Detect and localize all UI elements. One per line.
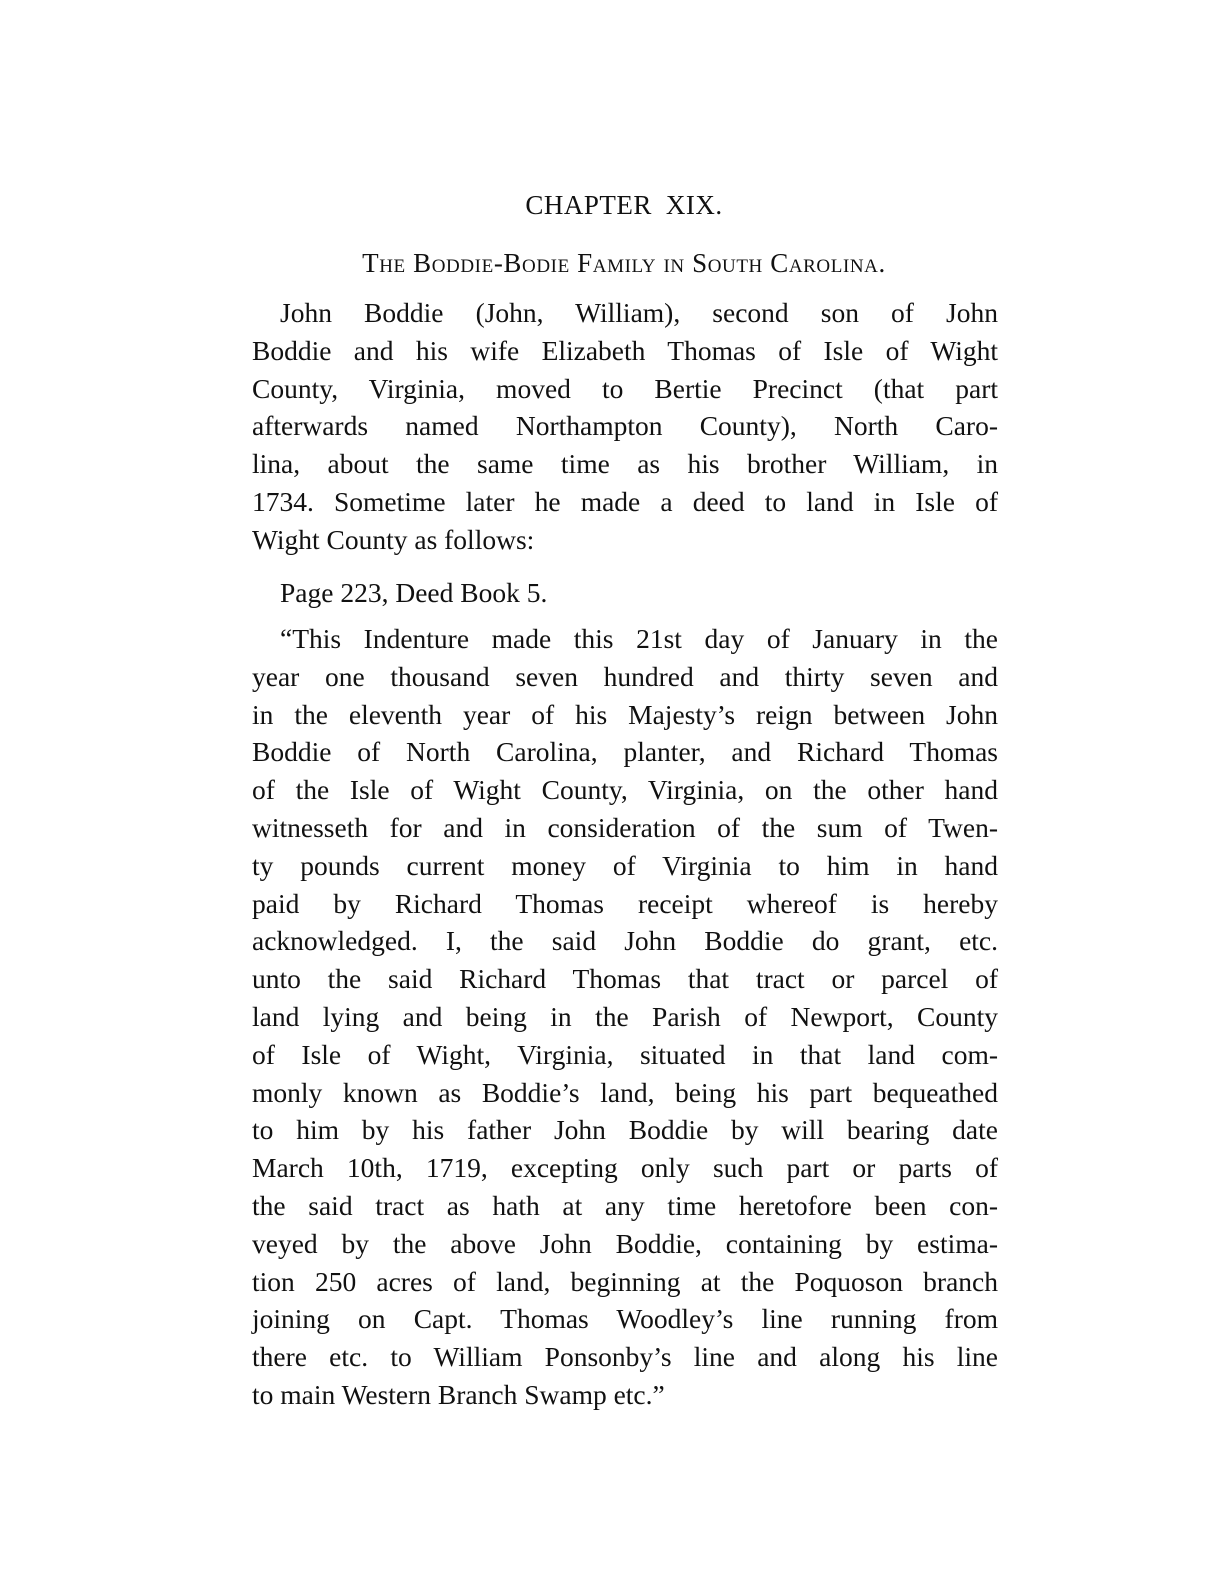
text-line: afterwards named Northampton County), No… bbox=[252, 407, 998, 445]
text-line: John Boddie (John, William), second son … bbox=[252, 294, 998, 332]
text-line: joining on Capt. Thomas Woodley’s line r… bbox=[252, 1300, 998, 1338]
section-title: The Boddie-Bodie Family in South Carolin… bbox=[250, 246, 998, 280]
text-line: of the Isle of Wight County, Virginia, o… bbox=[252, 771, 998, 809]
text-line: Boddie of North Carolina, planter, and R… bbox=[252, 733, 998, 771]
text-line: acknowledged. I, the said John Boddie do… bbox=[252, 922, 998, 960]
text-line: Boddie and his wife Elizabeth Thomas of … bbox=[252, 332, 998, 370]
text-line: veyed by the above John Boddie, containi… bbox=[252, 1225, 998, 1263]
text-line: unto the said Richard Thomas that tract … bbox=[252, 960, 998, 998]
chapter-heading: CHAPTERXIX. bbox=[250, 188, 998, 222]
text-line: to main Western Branch Swamp etc.” bbox=[252, 1376, 998, 1414]
text-line: 1734. Sometime later he made a deed to l… bbox=[252, 483, 998, 521]
text-line: “This Indenture made this 21st day of Ja… bbox=[252, 620, 998, 658]
text-line: March 10th, 1719, excepting only such pa… bbox=[252, 1149, 998, 1187]
text-line: of Isle of Wight, Virginia, situated in … bbox=[252, 1036, 998, 1074]
deed-quotation: “This Indenture made this 21st day of Ja… bbox=[252, 620, 998, 1414]
text-line: the said tract as hath at any time heret… bbox=[252, 1187, 998, 1225]
text-line: lina, about the same time as his brother… bbox=[252, 445, 998, 483]
book-page: CHAPTERXIX. The Boddie-Bodie Family in S… bbox=[0, 0, 1224, 1584]
text-line: Wight County as follows: bbox=[252, 521, 998, 559]
text-line: year one thousand seven hundred and thir… bbox=[252, 658, 998, 696]
paragraph-1: John Boddie (John, William), second son … bbox=[252, 294, 998, 559]
text-line: to him by his father John Boddie by will… bbox=[252, 1111, 998, 1149]
chapter-number: XIX. bbox=[666, 190, 723, 220]
text-line: County, Virginia, moved to Bertie Precin… bbox=[252, 370, 998, 408]
text-line: in the eleventh year of his Majesty’s re… bbox=[252, 696, 998, 734]
text-line: paid by Richard Thomas receipt whereof i… bbox=[252, 885, 998, 923]
text-line: witnesseth for and in consideration of t… bbox=[252, 809, 998, 847]
citation-text: Page 223, Deed Book 5. bbox=[252, 574, 998, 612]
text-line: ty pounds current money of Virginia to h… bbox=[252, 847, 998, 885]
citation: Page 223, Deed Book 5. bbox=[252, 574, 998, 612]
text-line: monly known as Boddie’s land, being his … bbox=[252, 1074, 998, 1112]
text-line: tion 250 acres of land, beginning at the… bbox=[252, 1263, 998, 1301]
chapter-label: CHAPTER bbox=[525, 190, 652, 220]
text-line: land lying and being in the Parish of Ne… bbox=[252, 998, 998, 1036]
text-line: there etc. to William Ponsonby’s line an… bbox=[252, 1338, 998, 1376]
